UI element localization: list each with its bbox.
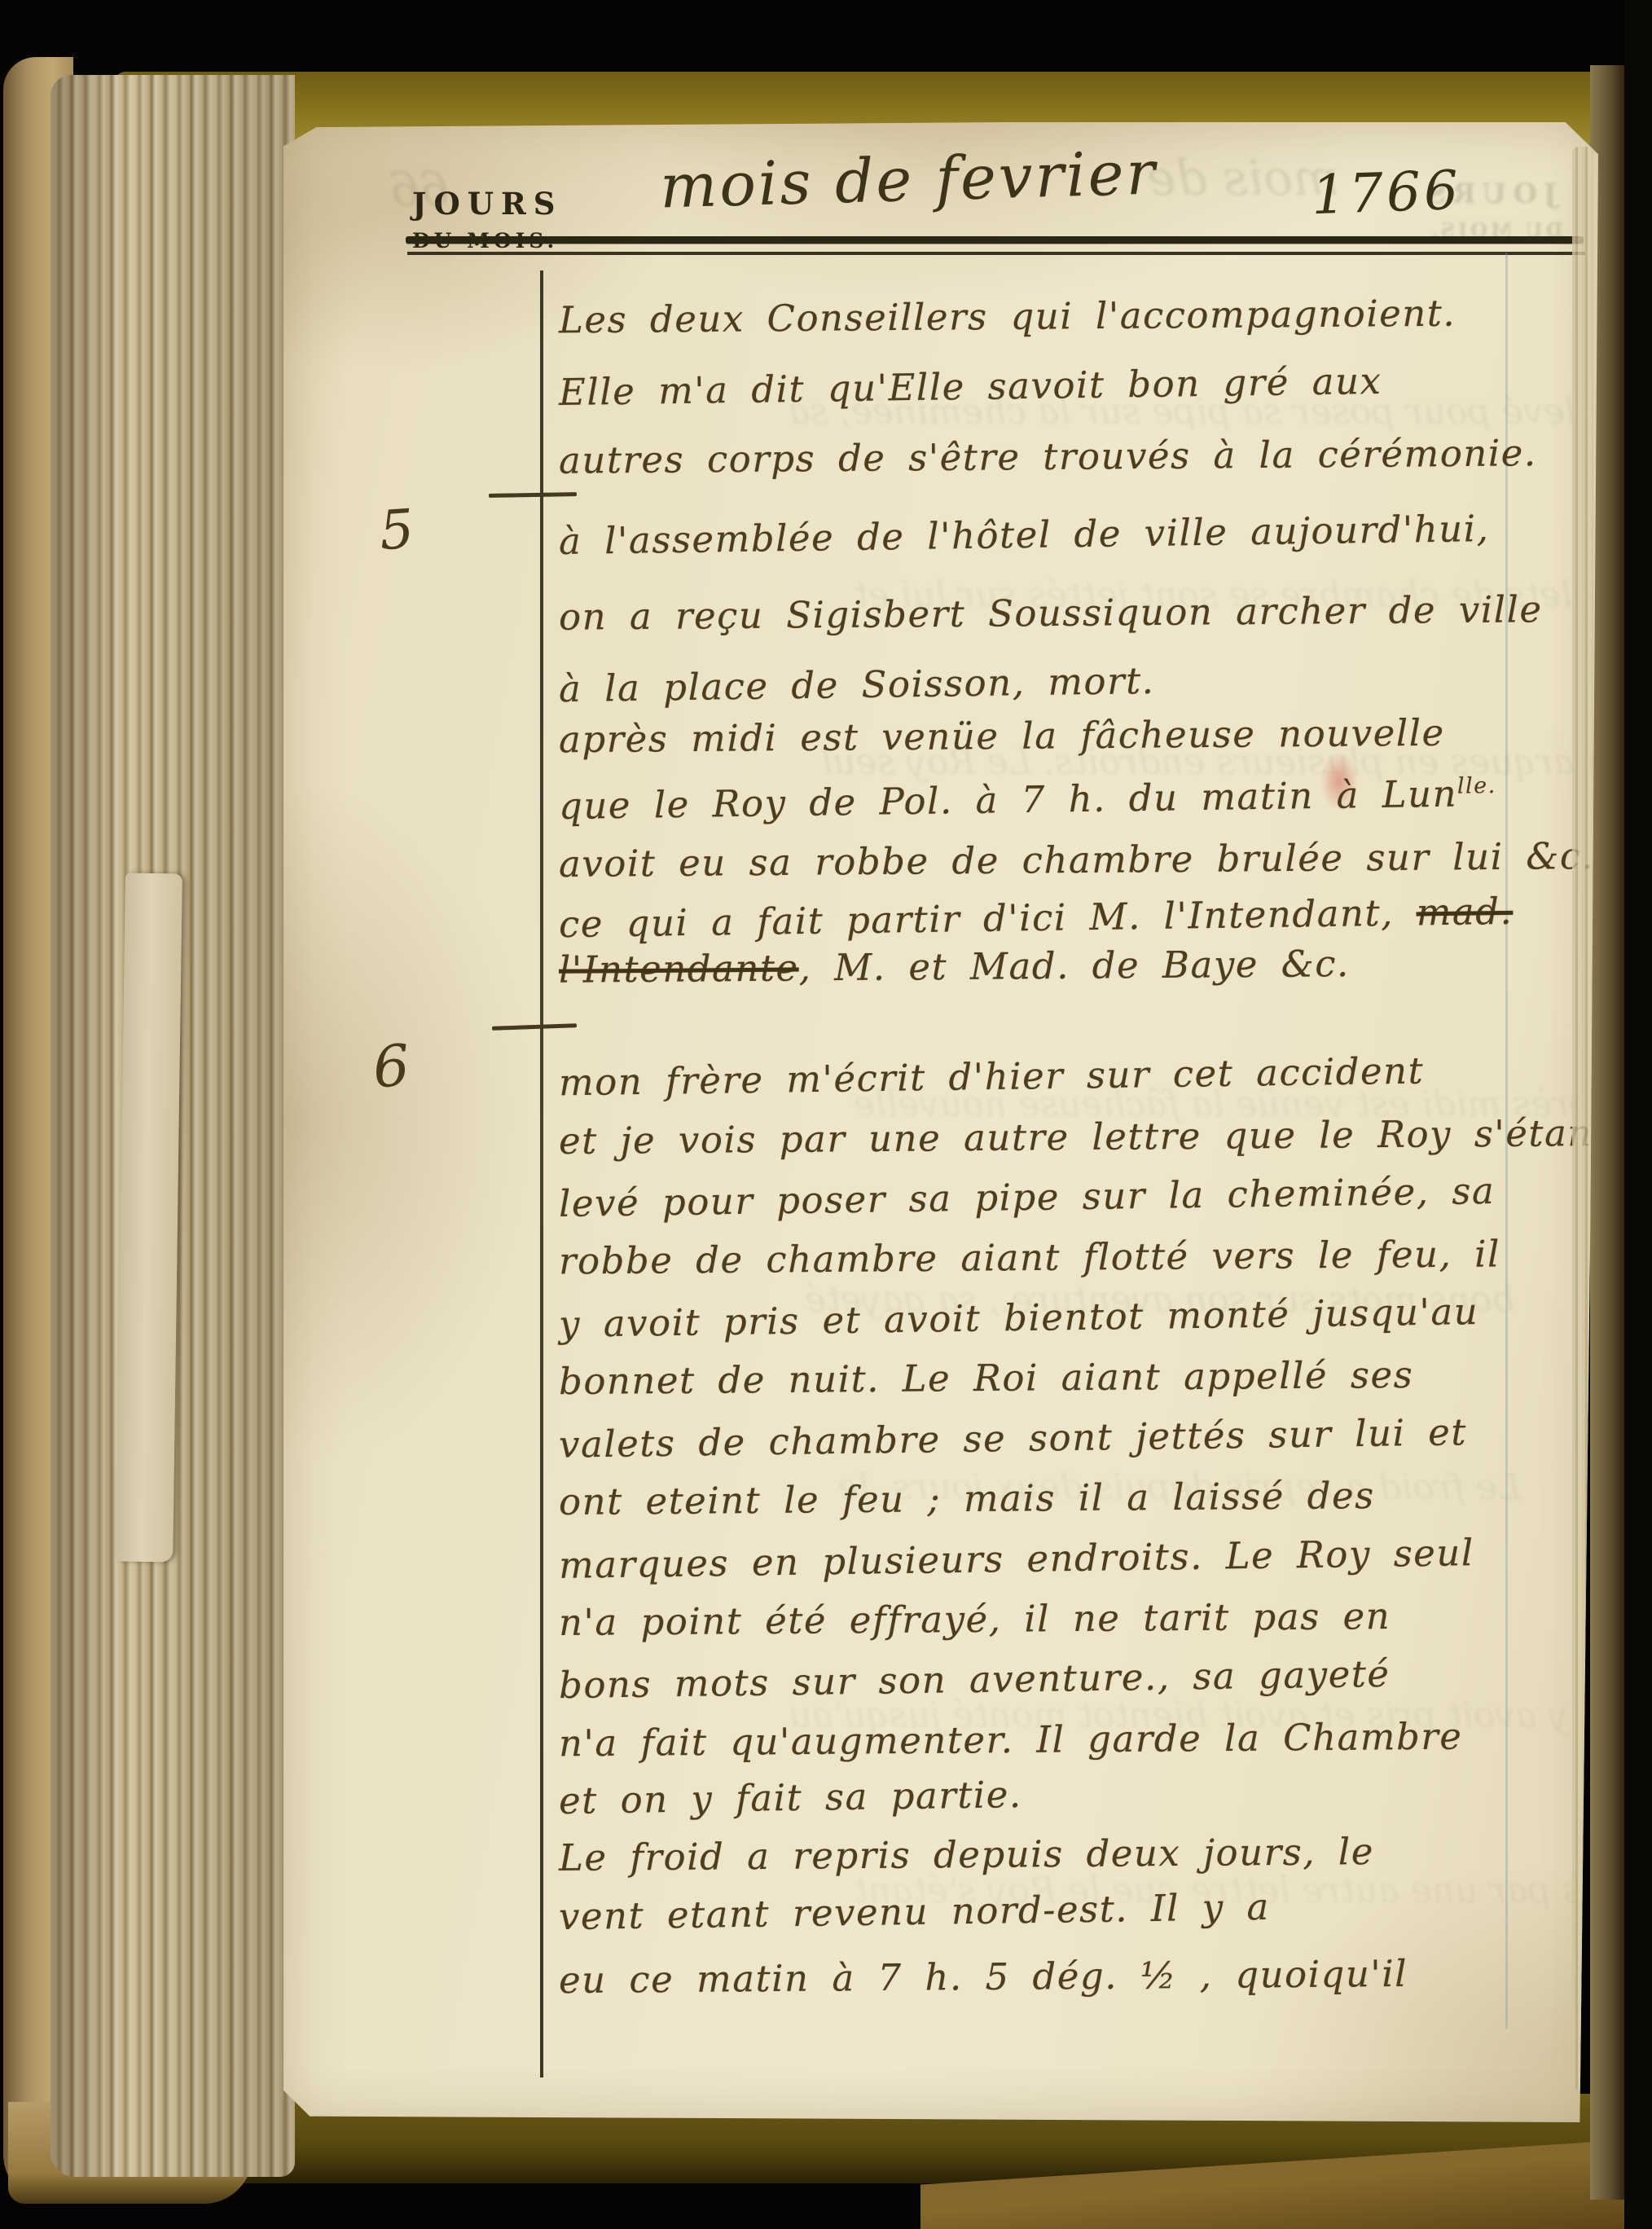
manuscript-line: robbe de chambre aiant flotté vers le fe… bbox=[559, 1232, 1500, 1282]
line-text: ce qui a fait partir d'ici M. l'Intendan… bbox=[559, 891, 1394, 946]
day-number-5: 5 bbox=[377, 498, 415, 563]
printed-header-line1: JOURS bbox=[412, 189, 562, 219]
manuscript-line: à la place de Soisson, mort. bbox=[559, 659, 1155, 710]
entry-separator-dash bbox=[492, 1023, 577, 1031]
manuscript-line: autres corps de s'être trouvés à la céré… bbox=[559, 431, 1537, 481]
manuscript-line: avoit eu sa robbe de chambre brulée sur … bbox=[559, 834, 1595, 886]
header-rule-thin bbox=[407, 252, 1585, 255]
manuscript-line: n'a fait qu'augmenter. Il garde la Chamb… bbox=[559, 1715, 1463, 1765]
manuscript-line: ont eteint le feu ; mais il a laissé des bbox=[559, 1474, 1375, 1523]
manuscript-line: marques en plusieurs endroits. Le Roy se… bbox=[559, 1531, 1474, 1587]
bookmark-tab bbox=[116, 873, 182, 1563]
manuscript-line: à l'assemblée de l'hôtel de ville aujour… bbox=[559, 507, 1490, 563]
manuscript-line: Le froid a repris depuis deux jours, le bbox=[559, 1830, 1374, 1879]
day-number-6: 6 bbox=[371, 1032, 411, 1101]
manuscript-line: Les deux Conseillers qui l'accompagnoien… bbox=[559, 292, 1456, 342]
manuscript-scan: JOURS DU MOIS. 66 mois de JOURS DU MOIS.… bbox=[0, 0, 1652, 2229]
manuscript-page: JOURS DU MOIS. 66 mois de JOURS DU MOIS.… bbox=[283, 122, 1598, 2122]
superscript-abbreviation: lle. bbox=[1457, 773, 1496, 799]
background-shadow bbox=[1624, 0, 1652, 2229]
manuscript-line: mon frère m'écrit d'hier sur cet acciden… bbox=[559, 1049, 1425, 1105]
manuscript-line: l'Intendante, M. et Mad. de Baye &c. bbox=[559, 942, 1350, 991]
manuscript-line: après midi est venüe la fâcheuse nouvell… bbox=[559, 711, 1445, 762]
year-handwritten: 1766 bbox=[1311, 159, 1463, 226]
manuscript-line: levé pour poser sa pipe sur la cheminée,… bbox=[559, 1169, 1496, 1225]
line-text: , M. et Mad. de Baye &c. bbox=[798, 942, 1350, 989]
manuscript-line: et je vois par une autre lettre que le R… bbox=[559, 1111, 1609, 1163]
manuscript-line: eu ce matin à 7 h. 5 dég. ½ , quoiqu'il bbox=[559, 1952, 1408, 2002]
struck-text: mad. bbox=[1416, 890, 1513, 934]
manuscript-line: y avoit pris et avoit bientot monté jusq… bbox=[559, 1290, 1479, 1346]
manuscript-line: Elle m'a dit qu'Elle savoit bon gré aux bbox=[559, 359, 1382, 414]
month-title-handwritten: mois de fevrier bbox=[659, 138, 1158, 222]
manuscript-line: on a reçu Sigisbert Soussiquon archer de… bbox=[559, 587, 1543, 638]
manuscript-line: bonnet de nuit. Le Roi aiant appellé ses bbox=[559, 1353, 1414, 1403]
line-text: que le Roy de Pol. à 7 h. du matin à Lun bbox=[559, 772, 1458, 828]
manuscript-line: n'a point été effrayé, il ne tarit pas e… bbox=[559, 1594, 1391, 1644]
entry-separator-dash bbox=[489, 492, 577, 498]
struck-text: l'Intendante bbox=[559, 946, 799, 991]
manuscript-line: ce qui a fait partir d'ici M. l'Intendan… bbox=[559, 890, 1514, 946]
manuscript-line: que le Roy de Pol. à 7 h. du matin à Lun… bbox=[559, 772, 1497, 828]
manuscript-line: valets de chambre se sont jettés sur lui… bbox=[559, 1410, 1468, 1466]
day-column-rule bbox=[540, 270, 543, 2077]
header-rule-thick bbox=[406, 236, 1584, 244]
manuscript-line: et on y fait sa partie. bbox=[559, 1773, 1022, 1822]
manuscript-line: bons mots sur son aventure., sa gayeté bbox=[559, 1652, 1391, 1707]
manuscript-line: vent etant revenu nord-est. Il y a bbox=[559, 1885, 1270, 1938]
